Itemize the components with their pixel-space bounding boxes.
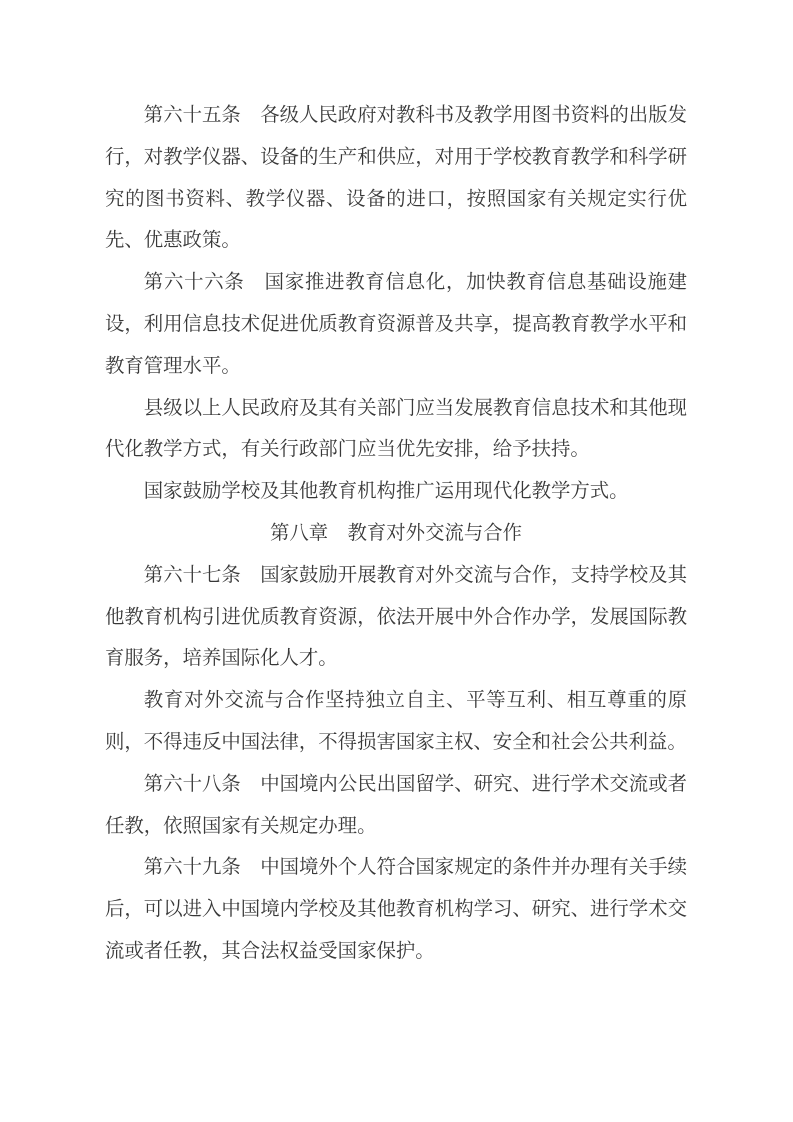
document-page: 第六十五条 各级人民政府对教科书及教学用图书资料的出版发行，对教学仪器、设备的生… xyxy=(0,0,793,1122)
article-66-paragraph: 第六十六条 国家推进教育信息化，加快教育信息基础设施建设，利用信息技术促进优质教… xyxy=(105,262,687,387)
article-66-clause-3: 国家鼓励学校及其他教育机构推广运用现代化教学方式。 xyxy=(105,471,687,513)
article-67-paragraph: 第六十七条 国家鼓励开展教育对外交流与合作，支持学校及其他教育机构引进优质教育资… xyxy=(105,555,687,680)
document-body: 第六十五条 各级人民政府对教科书及教学用图书资料的出版发行，对教学仪器、设备的生… xyxy=(105,95,687,973)
article-68-paragraph: 第六十八条 中国境内公民出国留学、研究、进行学术交流或者任教，依照国家有关规定办… xyxy=(105,764,687,848)
article-69-paragraph: 第六十九条 中国境外个人符合国家规定的条件并办理有关手续后，可以进入中国境内学校… xyxy=(105,847,687,972)
chapter-8-heading: 第八章 教育对外交流与合作 xyxy=(105,513,687,555)
article-66-clause-2: 县级以上人民政府及其有关部门应当发展教育信息技术和其他现代化教学方式，有关行政部… xyxy=(105,388,687,472)
article-65-paragraph: 第六十五条 各级人民政府对教科书及教学用图书资料的出版发行，对教学仪器、设备的生… xyxy=(105,95,687,262)
article-67-clause-2: 教育对外交流与合作坚持独立自主、平等互利、相互尊重的原则，不得违反中国法律，不得… xyxy=(105,680,687,764)
